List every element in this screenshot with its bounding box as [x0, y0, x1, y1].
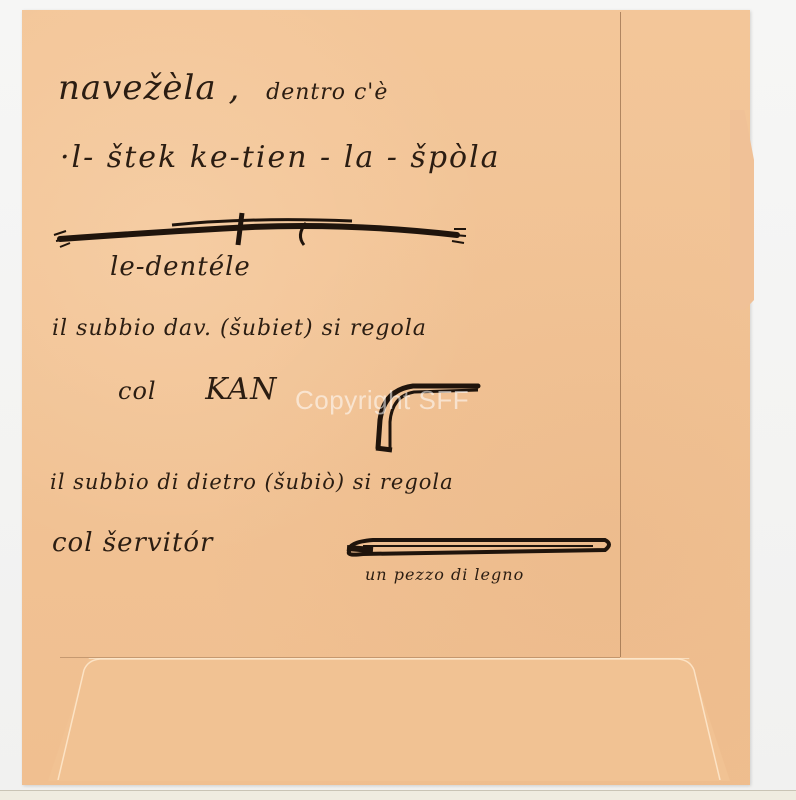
line-5-emphasis: KAN: [205, 372, 277, 407]
wooden-bar-sketch: [343, 534, 615, 562]
bottom-paper-strip: [0, 790, 796, 800]
line-1-main: navežèla ,: [58, 68, 240, 108]
fold-line-vertical: [620, 12, 621, 657]
handwriting-line-8: un pezzo di legno: [365, 565, 524, 584]
handwriting-line-4: il subbio dav. (šubiet) si regola: [52, 316, 427, 341]
handwriting-line-2: ·l- štek ke-tien - la - špòla: [60, 140, 501, 175]
line-1-aside: dentro c'è: [266, 80, 388, 105]
fold-line-horizontal: [60, 657, 620, 658]
handwriting-line-7: col šervitór: [52, 528, 214, 558]
handwriting-line-5: col KAN: [118, 372, 277, 407]
copyright-watermark: Copyright SFF: [295, 385, 469, 416]
line-5-main: col: [118, 377, 157, 405]
envelope-bottom-flap: [48, 658, 730, 781]
handwriting-line-1: navežèla , dentro c'è: [58, 68, 388, 108]
handwriting-line-6: il subbio di dietro (šubiò) si regola: [50, 470, 454, 494]
comb-rod-sketch: [52, 205, 472, 255]
handwriting-line-3: le-dentéle: [110, 252, 251, 282]
